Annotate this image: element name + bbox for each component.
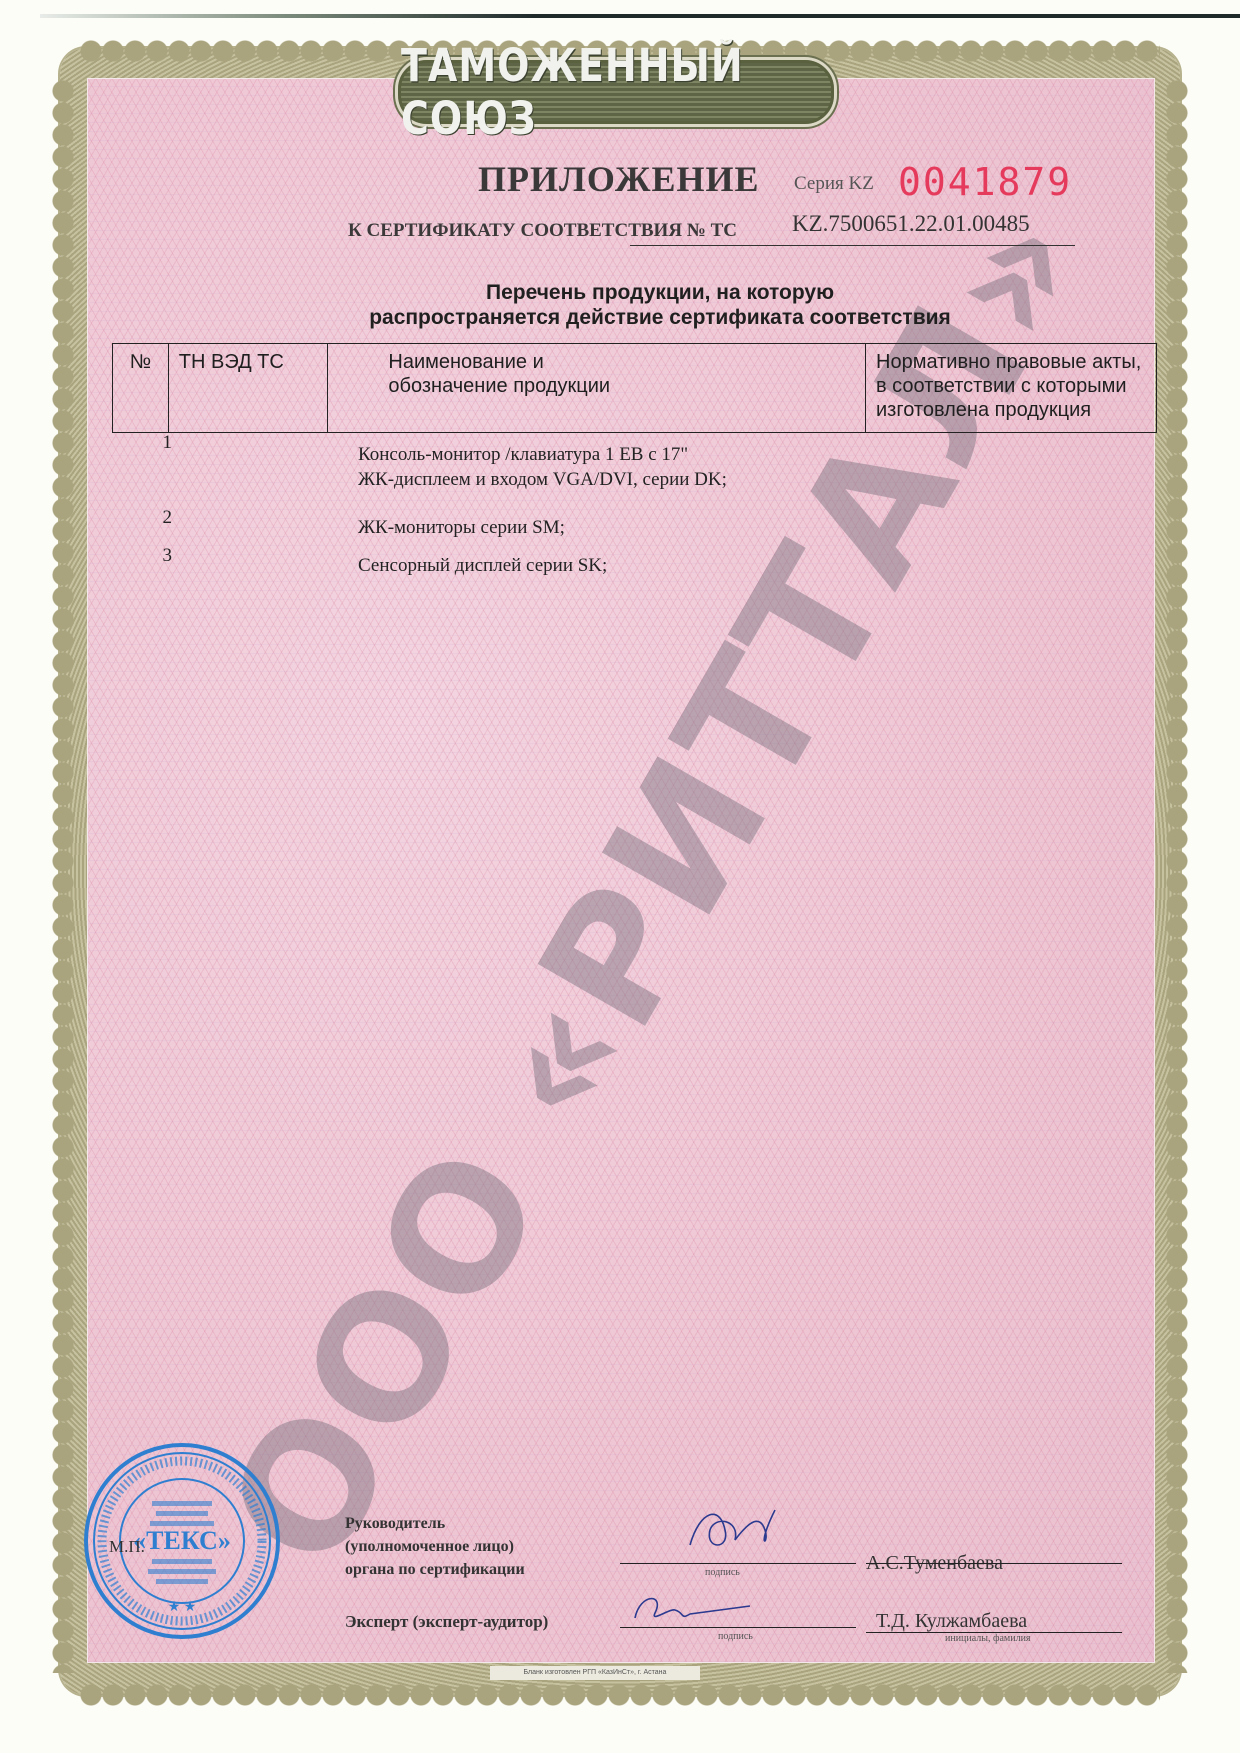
series-label: Серия KZ: [794, 173, 874, 195]
table-row: 3 Сенсорный дисплей серии SK;: [112, 545, 1012, 583]
row-product: Сенсорный дисплей серии SK;: [358, 553, 607, 578]
frame-scallops-left: [52, 80, 74, 1673]
svg-text:★ ★: ★ ★: [168, 1600, 197, 1615]
head-label-line2: (уполномоченное лицо): [345, 1535, 525, 1558]
series-number: 0041879: [898, 160, 1072, 204]
head-signature-line: [620, 1563, 856, 1564]
head-label-line3: органа по сертификации: [345, 1558, 525, 1581]
head-label: Руководитель (уполномоченное лицо) орган…: [345, 1512, 525, 1581]
row-product-line1: Консоль-монитор /клавиатура 1 EB с 17": [358, 442, 727, 467]
product-rows: 1 Консоль-монитор /клавиатура 1 EB с 17"…: [112, 432, 1012, 583]
list-title-line2: распространяется действие сертификата со…: [330, 305, 990, 330]
table-row: 2 ЖК-мониторы серии SM;: [112, 507, 1012, 545]
list-title-line1: Перечень продукции, на которую: [330, 280, 990, 305]
row-number: 3: [112, 545, 172, 583]
document-title: ПРИЛОЖЕНИЕ: [478, 158, 760, 200]
col-tn-ved: ТН ВЭД ТС: [168, 344, 328, 433]
expert-signature-icon: [630, 1588, 760, 1628]
expert-name: Т.Д. Кулжамбаева: [876, 1610, 1027, 1633]
col-number: №: [113, 344, 169, 433]
head-label-line1: Руководитель: [345, 1512, 525, 1535]
certificate-label: К СЕРТИФИКАТУ СООТВЕТСТВИЯ № ТС: [348, 220, 737, 242]
expert-signature-caption: подпись: [718, 1631, 753, 1642]
list-title: Перечень продукции, на которую распростр…: [330, 280, 990, 330]
customs-union-banner: ТАМОЖЕННЫЙ СОЮЗ: [398, 60, 834, 124]
expert-name-caption: инициалы, фамилия: [945, 1633, 1031, 1644]
col-product-name-text: Наименование и обозначение продукции: [388, 350, 618, 398]
expert-signature-line: [620, 1627, 856, 1628]
products-table: № ТН ВЭД ТС Наименование и обозначение п…: [112, 343, 1157, 433]
head-signature-icon: [680, 1500, 800, 1560]
row-product-line2: ЖК-дисплеем и входом VGA/DVI, серии DK;: [358, 467, 727, 492]
stamp-place-label: М.П.: [109, 1537, 145, 1557]
certificate-underline: [630, 245, 1075, 246]
row-product: ЖК-мониторы серии SM;: [358, 515, 565, 540]
frame-scallops-bottom: [80, 1684, 1160, 1706]
table-row: 1 Консоль-монитор /клавиатура 1 EB с 17"…: [112, 432, 1012, 507]
row-number: 2: [112, 507, 172, 545]
row-product: Консоль-монитор /клавиатура 1 EB с 17" Ж…: [358, 442, 727, 492]
head-name-line: [866, 1563, 1122, 1564]
col-regulations-text: Нормативно правовые акты, в соответствии…: [876, 350, 1146, 422]
frame-scallops-right: [1166, 80, 1188, 1673]
col-product-name: Наименование и обозначение продукции: [328, 344, 866, 433]
head-signature-caption: подпись: [705, 1567, 740, 1578]
certificate-number: KZ.7500651.22.01.00485: [792, 211, 1030, 237]
row-number: 1: [112, 432, 172, 507]
table-header-row: № ТН ВЭД ТС Наименование и обозначение п…: [113, 344, 1157, 433]
banner-text: ТАМОЖЕННЫЙ СОЮЗ: [401, 39, 831, 145]
form-printer-note: Бланк изготовлен РГП «КазИнСт», г. Астан…: [490, 1666, 700, 1680]
stamp-center-text: «ТЕКС»: [133, 1526, 231, 1555]
expert-label: Эксперт (эксперт-аудитор): [345, 1610, 548, 1633]
col-regulations: Нормативно правовые акты, в соответствии…: [866, 344, 1157, 433]
scan-top-edge: [40, 14, 1240, 18]
